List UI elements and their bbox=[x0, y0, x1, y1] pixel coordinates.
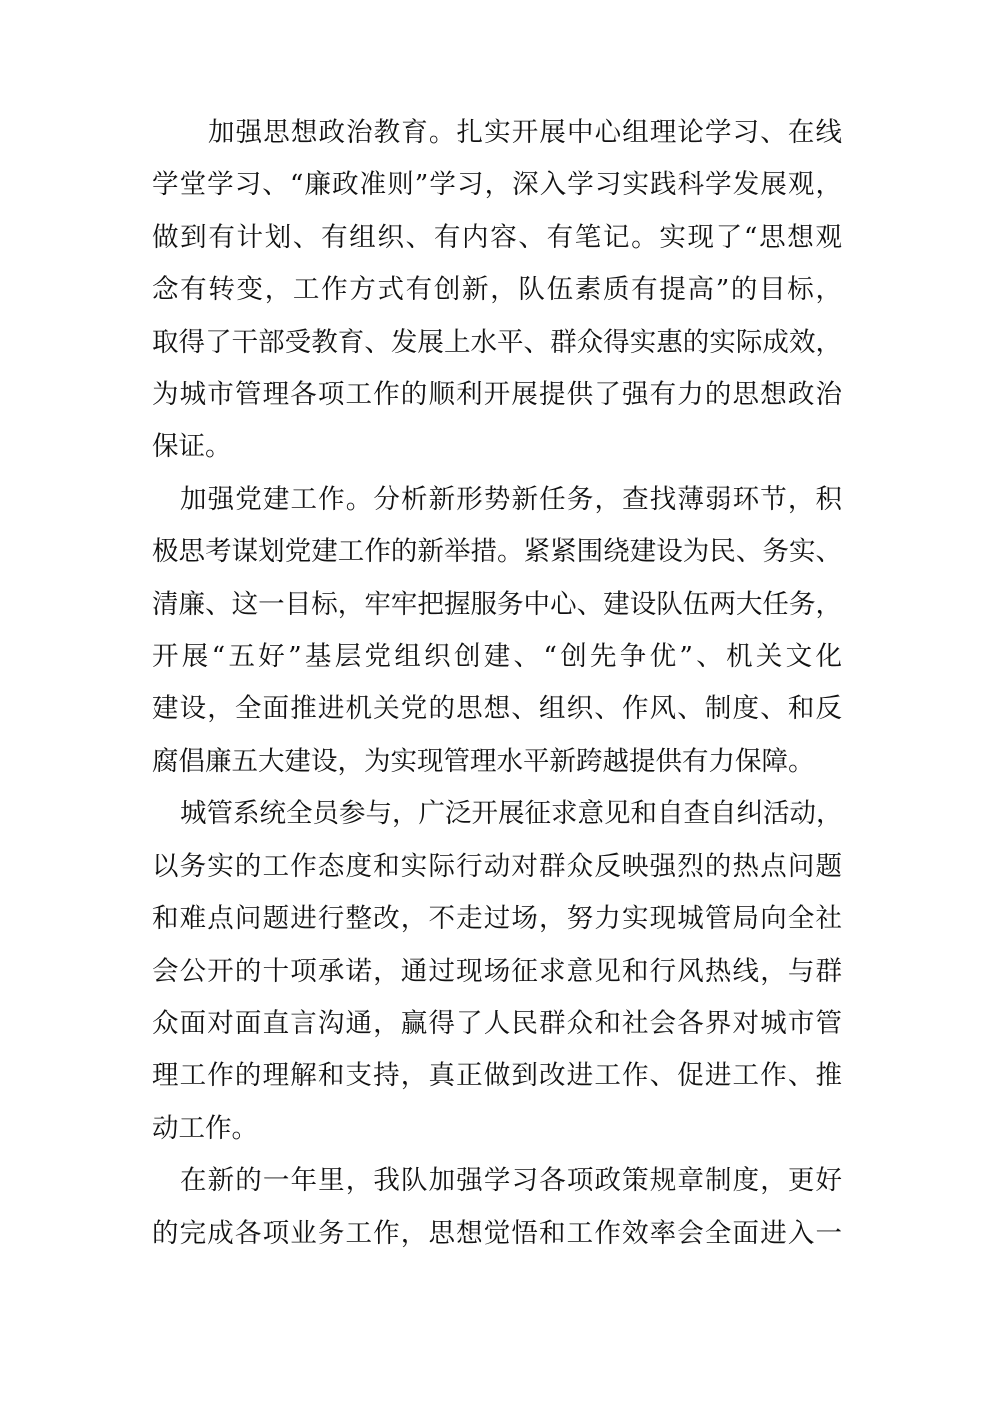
text-line: 城管系统全员参与，广泛开展征求意见和自查自纠活动， bbox=[152, 788, 842, 840]
document-page: 加强思想政治教育。扎实开展中心组理论学习、在线 学堂学习、“廉政准则”学习，深入… bbox=[152, 107, 842, 1260]
text-line: 为城市管理各项工作的顺利开展提供了强有力的思想政治 bbox=[152, 369, 842, 421]
text-line: 理工作的理解和支持，真正做到改进工作、促进工作、推 bbox=[152, 1050, 842, 1102]
text-line: 做到有计划、有组织、有内容、有笔记。实现了“思想观 bbox=[152, 212, 842, 264]
text-line: 众面对面直言沟通，赢得了人民群众和社会各界对城市管 bbox=[152, 998, 842, 1050]
paragraph-public-feedback: 城管系统全员参与，广泛开展征求意见和自查自纠活动， 以务实的工作态度和实际行动对… bbox=[152, 788, 842, 1155]
text-line: 保证。 bbox=[152, 421, 842, 473]
text-line: 动工作。 bbox=[152, 1103, 842, 1155]
text-line: 极思考谋划党建工作的新举措。紧紧围绕建设为民、务实、 bbox=[152, 526, 842, 578]
text-line: 取得了干部受教育、发展上水平、群众得实惠的实际成效， bbox=[152, 317, 842, 369]
text-line: 在新的一年里，我队加强学习各项政策规章制度，更好 bbox=[152, 1155, 842, 1207]
text-line: 的完成各项业务工作，思想觉悟和工作效率会全面进入一 bbox=[152, 1208, 842, 1260]
paragraph-political-education: 加强思想政治教育。扎实开展中心组理论学习、在线 学堂学习、“廉政准则”学习，深入… bbox=[152, 107, 842, 474]
text-line: 开展“五好”基层党组织创建、“创先争优”、机关文化 bbox=[152, 631, 842, 683]
text-line: 腐倡廉五大建设，为实现管理水平新跨越提供有力保障。 bbox=[152, 736, 842, 788]
text-line: 加强思想政治教育。扎实开展中心组理论学习、在线 bbox=[152, 107, 842, 159]
paragraph-new-year: 在新的一年里，我队加强学习各项政策规章制度，更好 的完成各项业务工作，思想觉悟和… bbox=[152, 1155, 842, 1260]
text-line: 加强党建工作。分析新形势新任务，查找薄弱环节，积 bbox=[152, 474, 842, 526]
text-line: 和难点问题进行整改，不走过场，努力实现城管局向全社 bbox=[152, 893, 842, 945]
text-line: 学堂学习、“廉政准则”学习，深入学习实践科学发展观， bbox=[152, 159, 842, 211]
text-line: 会公开的十项承诺，通过现场征求意见和行风热线，与群 bbox=[152, 946, 842, 998]
text-line: 以务实的工作态度和实际行动对群众反映强烈的热点问题 bbox=[152, 841, 842, 893]
text-line: 清廉、这一目标，牢牢把握服务中心、建设队伍两大任务， bbox=[152, 579, 842, 631]
paragraph-party-building: 加强党建工作。分析新形势新任务，查找薄弱环节，积 极思考谋划党建工作的新举措。紧… bbox=[152, 474, 842, 788]
text-line: 念有转变，工作方式有创新，队伍素质有提高”的目标， bbox=[152, 264, 842, 316]
text-line: 建设，全面推进机关党的思想、组织、作风、制度、和反 bbox=[152, 683, 842, 735]
